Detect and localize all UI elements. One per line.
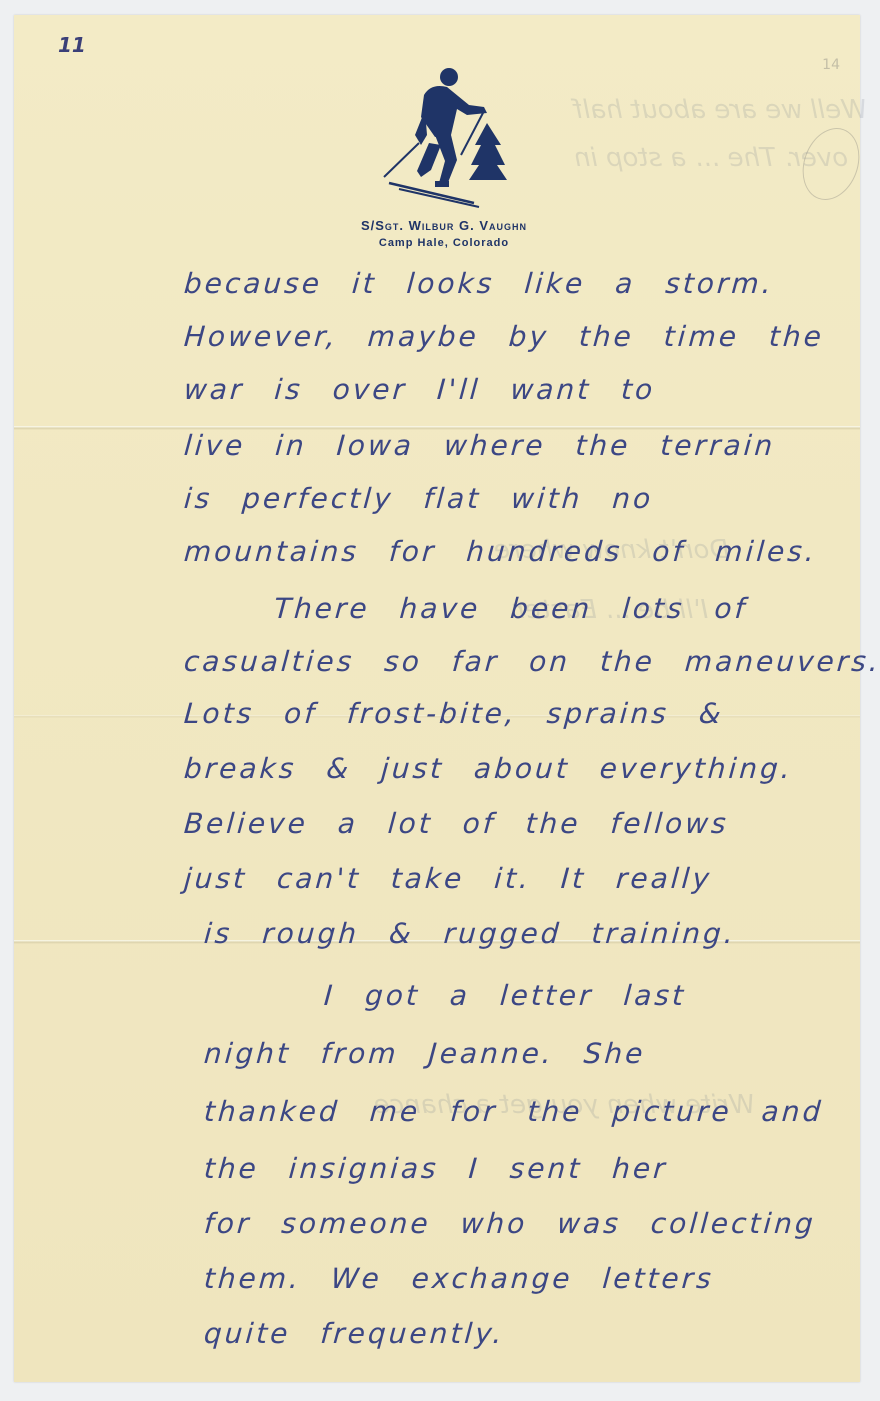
letterhead-name: S/Sgt. Wilbur G. Vaughn	[14, 218, 874, 233]
letter-line: because it looks like a storm.	[183, 267, 775, 300]
letter-line: mountains for hundreds of miles.	[183, 535, 818, 568]
letter-line: Believe a lot of the fellows	[183, 807, 730, 840]
letter-line: night from Jeanne. She	[203, 1037, 647, 1070]
letter-line: Lots of frost-bite, sprains &	[183, 697, 725, 730]
skier-illustration-icon	[369, 65, 519, 210]
letter-line: just can't take it. It really	[183, 862, 713, 895]
letter-line: war is over I'll want to	[183, 373, 657, 406]
letter-line: I got a letter last	[323, 979, 687, 1012]
letter-line: breaks & just about everything.	[183, 752, 794, 785]
letter-line: There have been lots of	[273, 592, 749, 625]
letter-line: the insignias I sent her	[203, 1152, 669, 1185]
letter-line: live in Iowa where the terrain	[183, 429, 777, 462]
page-number: 11	[58, 33, 86, 57]
letter-line: is perfectly flat with no	[183, 482, 655, 515]
letter-line: quite frequently.	[203, 1317, 506, 1350]
letter-line: However, maybe by the time the	[183, 320, 825, 353]
letterhead: S/Sgt. Wilbur G. Vaughn Camp Hale, Color…	[14, 65, 874, 249]
letter-line: casualties so far on the maneuvers.	[183, 645, 880, 678]
letter-line: for someone who was collecting	[203, 1207, 817, 1240]
letter-line: them. We exchange letters	[203, 1262, 715, 1295]
letter-line: is rough & rugged training.	[203, 917, 737, 950]
letter-page: Well we are about half over. The ... a s…	[14, 15, 860, 1382]
letterhead-location: Camp Hale, Colorado	[14, 237, 874, 249]
letter-line: thanked me for the picture and	[203, 1095, 825, 1128]
